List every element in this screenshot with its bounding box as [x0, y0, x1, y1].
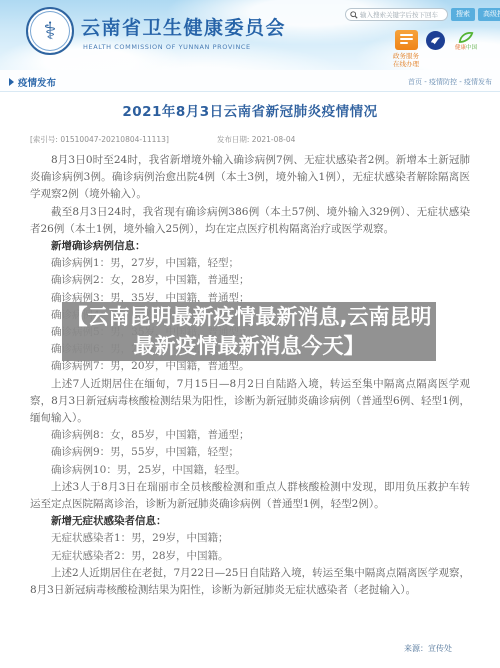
medical-caduceus-icon: ⚕ — [26, 7, 74, 55]
quick-links: 政务服务 在线办理 健康中国 — [393, 30, 477, 68]
article-line-case: 确诊病例9：男，55岁，中国籍，轻型； — [30, 444, 470, 461]
health-china-caption: 健康中国 — [455, 45, 477, 51]
article-line-case: 确诊病例10：男，25岁，中国籍，轻型。 — [30, 462, 470, 479]
gov-service-document-icon — [395, 30, 418, 50]
header-sky-banner: ⚕ 云南省卫生健康委员会 HEALTH COMMISSION OF YUNNAN… — [0, 0, 500, 70]
search-button[interactable]: 搜索 — [451, 8, 475, 21]
watermark-text: 【云南昆明最新疫情最新消息,云南昆明最新疫情最新消息今天】 — [62, 303, 436, 361]
article-line-heading: 新增确诊病例信息： — [30, 238, 470, 255]
article-line-case: 确诊病例8：女，85岁，中国籍，普通型； — [30, 427, 470, 444]
section-label: 疫情发布 — [9, 75, 56, 89]
bird-glyph-icon — [429, 34, 442, 47]
index-number: [索引号: 01510047-20210804-11113] — [30, 134, 169, 145]
org-name-block: 云南省卫生健康委员会 HEALTH COMMISSION OF YUNNAN P… — [81, 13, 286, 51]
section-arrow-icon — [9, 78, 14, 86]
article-meta: [索引号: 01510047-20210804-11113] 发布日期: 202… — [30, 134, 500, 145]
article-line-para: 上述2人近期居住在老挝，7月22日—25日自陆路入境，转运至集中隔离点隔离医学观… — [30, 565, 470, 599]
search-box[interactable] — [345, 8, 448, 21]
article-line-case: 无症状感染者1：男，29岁，中国籍； — [30, 530, 470, 547]
article-line-para: 8月3日0时至24时，我省新增境外输入确诊病例7例、无症状感染者2例。新增本土新… — [30, 152, 470, 204]
article-line-para: 上述7人近期居住在缅甸，7月15日—8月2日自陆路入境，转运至集中隔离点隔离医学… — [30, 376, 470, 428]
breadcrumb[interactable]: 首页 - 疫情防控 - 疫情发布 — [408, 77, 492, 87]
article-line-heading: 新增无症状感染者信息： — [30, 513, 470, 530]
article-line-para: 上述3人于8月3日在瑞丽市全员核酸检测和重点人群核酸检测中发现，即用负压救护车转… — [30, 479, 470, 513]
page: { "header": { "org_name": "云南省卫生健康委员会", … — [0, 0, 500, 668]
page-title: 2021年8月3日云南省新冠肺炎疫情情况 — [0, 100, 500, 120]
breadcrumb-bar: 疫情发布 首页 - 疫情防控 - 疫情发布 — [0, 70, 500, 92]
gov-service-caption-line2: 在线办理 — [393, 61, 419, 69]
article-line-case: 确诊病例2：女，28岁，中国籍，普通型； — [30, 272, 470, 289]
health-china-link[interactable]: 健康中国 — [455, 31, 477, 51]
org-logo: ⚕ 云南省卫生健康委员会 HEALTH COMMISSION OF YUNNAN… — [26, 7, 286, 55]
health-china-caption-p2: 中国 — [466, 45, 477, 51]
gov-service-caption: 政务服务 在线办理 — [393, 53, 419, 68]
search-icon — [350, 11, 358, 19]
health-china-leaf-icon — [458, 31, 474, 44]
section-title: 疫情发布 — [18, 75, 56, 89]
org-name-cn: 云南省卫生健康委员会 — [81, 13, 286, 40]
article-line-case: 确诊病例7：男，20岁，中国籍，普通型。 — [30, 358, 470, 375]
article-line-case: 确诊病例1：男，27岁，中国籍，轻型； — [30, 255, 470, 272]
search-bar: 搜索 高级搜索 — [345, 8, 500, 21]
source-label: 来源：宣传处 — [404, 643, 452, 654]
advanced-search-button[interactable]: 高级搜索 — [478, 8, 500, 21]
article-line-para: 截至8月3日24时，我省现有确诊病例386例（本土57例、境外输入329例）、无… — [30, 204, 470, 238]
gov-service-link[interactable]: 政务服务 在线办理 — [393, 30, 419, 68]
search-input[interactable] — [360, 11, 443, 19]
blue-emblem-icon[interactable] — [426, 31, 445, 50]
health-china-caption-p1: 健康 — [455, 45, 466, 51]
article-line-case: 无症状感染者2：男，28岁，中国籍。 — [30, 548, 470, 565]
article-body: 8月3日0时至24时，我省新增境外输入确诊病例7例、无症状感染者2例。新增本土新… — [30, 152, 470, 599]
watermark-overlay: 【云南昆明最新疫情最新消息,云南昆明最新疫情最新消息今天】 — [62, 302, 436, 361]
org-name-en: HEALTH COMMISSION OF YUNNAN PROVINCE — [83, 43, 286, 51]
publish-date: 发布日期: 2021-08-04 — [217, 134, 296, 145]
